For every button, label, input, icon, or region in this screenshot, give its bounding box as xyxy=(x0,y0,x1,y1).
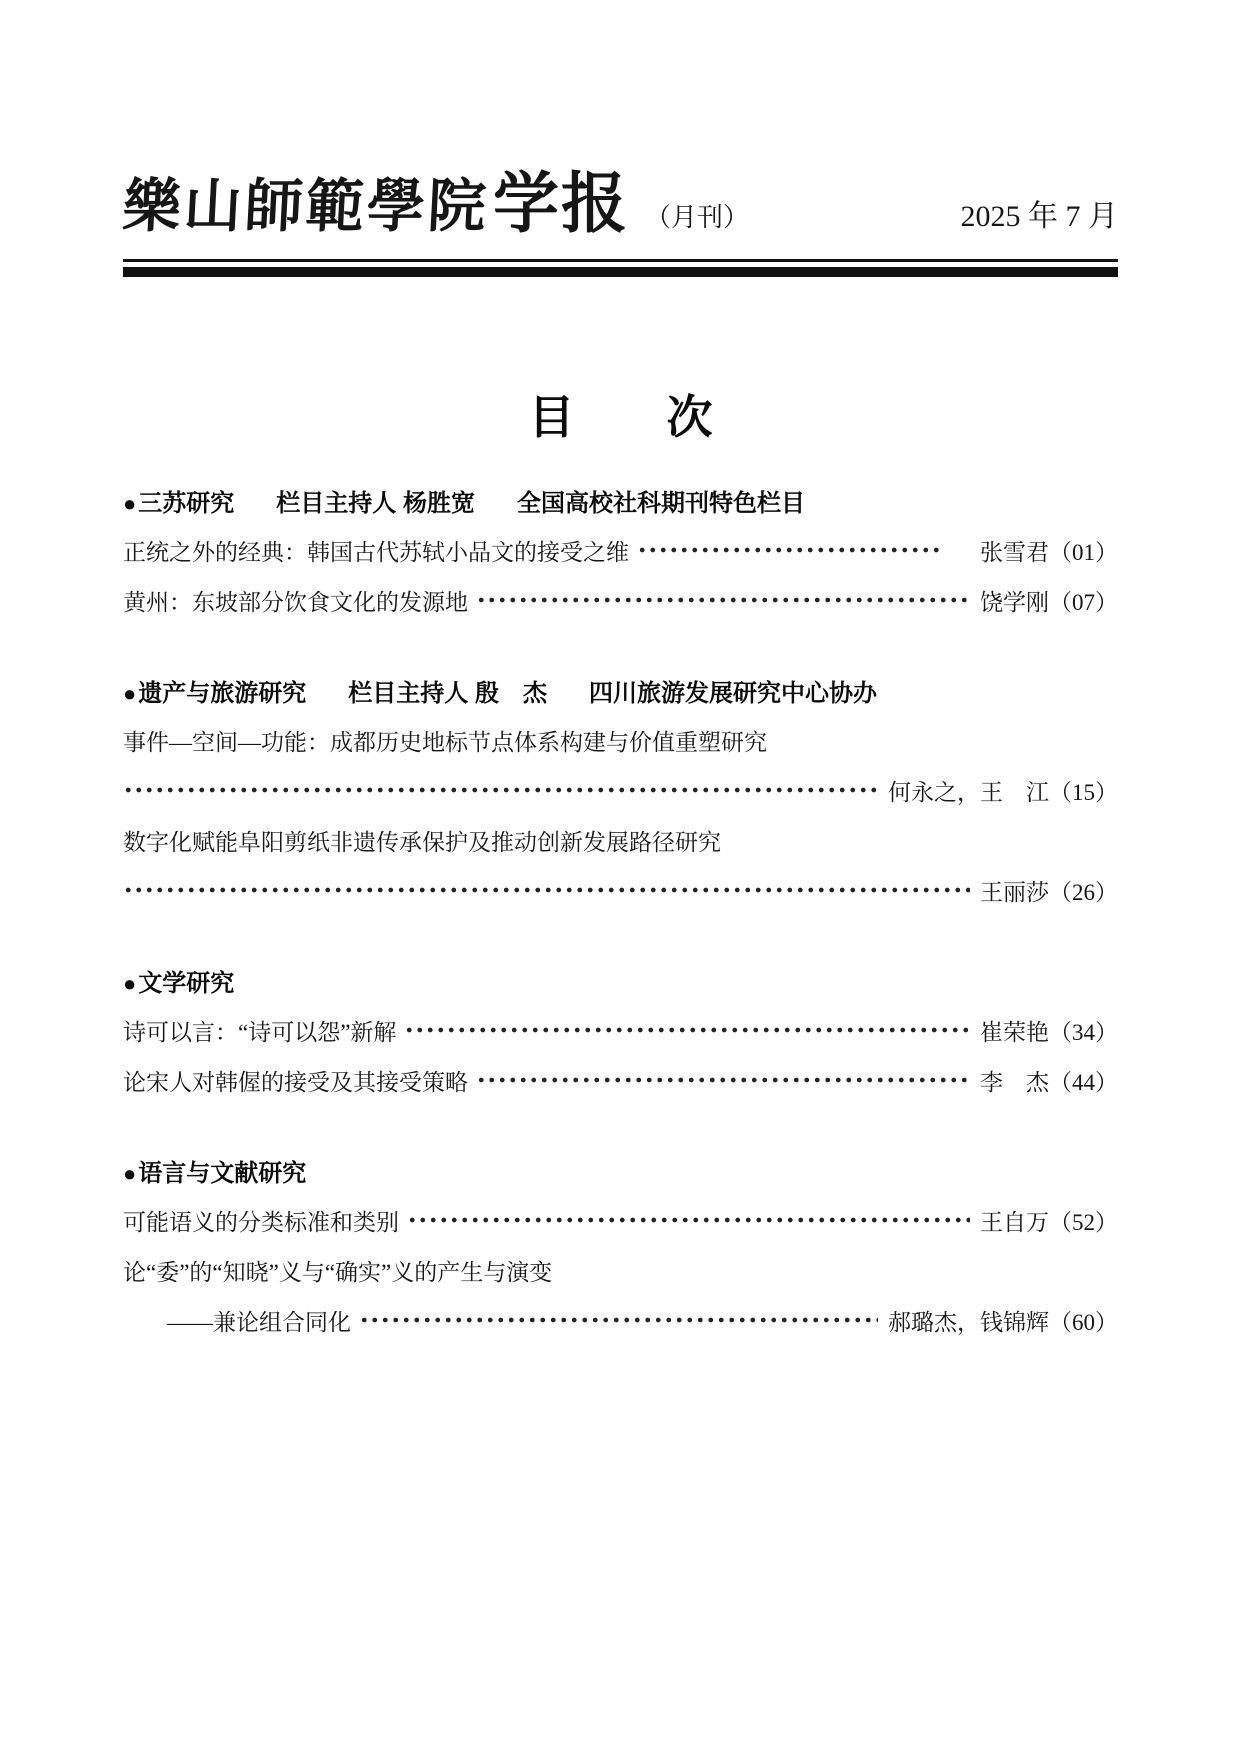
entry-page: （52） xyxy=(1049,1204,1118,1237)
entry-authors: 李 杰 xyxy=(980,1064,1049,1097)
divider-thick-rule xyxy=(123,267,1118,277)
section-name: ●遗产与旅游研究 xyxy=(123,673,306,708)
dot-leader xyxy=(637,547,944,553)
dot-leader xyxy=(123,887,970,893)
section-host: 栏目主持人 杨胜宽 xyxy=(276,483,475,518)
section-heading: ●遗产与旅游研究 栏目主持人 殷 杰 四川旅游发展研究中心协办 xyxy=(123,665,1118,715)
entry-authors: 郝璐杰，钱锦辉 xyxy=(888,1304,1049,1337)
dot-leader xyxy=(407,1217,970,1223)
section-bullet-icon: ● xyxy=(123,1161,136,1186)
journal-toc-page: 樂山師範學院 学报 （月刊） 2025 年 7 月 目 次 ●三苏研究 栏目主持… xyxy=(0,0,1240,1755)
toc-title: 目 次 xyxy=(123,381,1118,447)
entry-authors: 崔荣艳 xyxy=(980,1014,1049,1047)
entry-page: （60） xyxy=(1049,1304,1118,1337)
entry-subtitle: ——兼论组合同化 xyxy=(167,1304,351,1337)
entry-title: 正统之外的经典：韩国古代苏轼小品文的接受之维 xyxy=(123,534,629,567)
journal-name-calligraphy: 樂山師範學院 xyxy=(121,159,491,243)
section-heading: ●文学研究 xyxy=(123,955,1118,1005)
dot-leader xyxy=(359,1317,878,1323)
section-name: ●三苏研究 xyxy=(123,483,234,518)
section-note: 全国高校社科期刊特色栏目 xyxy=(517,483,805,518)
section-heading: ●语言与文献研究 xyxy=(123,1145,1118,1195)
entry-title: 论“委”的“知晓”义与“确实”义的产生与演变 xyxy=(123,1254,552,1287)
masthead-divider xyxy=(123,259,1118,277)
toc-entry-continuation: ——兼论组合同化 郝璐杰，钱锦辉 （60） xyxy=(123,1295,1118,1345)
entry-authors: 饶学刚 xyxy=(980,584,1049,617)
section-bullet-icon: ● xyxy=(123,681,136,706)
section-sansu-research: ●三苏研究 栏目主持人 杨胜宽 全国高校社科期刊特色栏目 正统之外的经典：韩国古… xyxy=(123,475,1118,625)
section-literature-research: ●文学研究 诗可以言：“诗可以怨”新解 崔荣艳 （34） 论宋人对韩偓的接受及其… xyxy=(123,955,1118,1105)
entry-title: 数字化赋能阜阳剪纸非遗传承保护及推动创新发展路径研究 xyxy=(123,824,721,857)
entry-title: 事件—空间—功能：成都历史地标节点体系构建与价值重塑研究 xyxy=(123,724,767,757)
divider-thin-rule xyxy=(123,259,1118,262)
section-bullet-icon: ● xyxy=(123,491,136,516)
toc-entry: 事件—空间—功能：成都历史地标节点体系构建与价值重塑研究 xyxy=(123,715,1118,765)
section-language-philology: ●语言与文献研究 可能语义的分类标准和类别 王自万 （52） 论“委”的“知晓”… xyxy=(123,1145,1118,1345)
section-name: ●语言与文献研究 xyxy=(123,1153,306,1188)
entry-page: （07） xyxy=(1049,584,1118,617)
entry-page: （01） xyxy=(1049,534,1118,567)
toc-entry-continuation: 王丽莎 （26） xyxy=(123,865,1118,915)
entry-authors: 王自万 xyxy=(980,1204,1049,1237)
dot-leader xyxy=(123,787,878,793)
section-note: 四川旅游发展研究中心协办 xyxy=(589,673,877,708)
entry-page: （34） xyxy=(1049,1014,1118,1047)
entry-title: 黄州：东坡部分饮食文化的发源地 xyxy=(123,584,468,617)
entry-authors: 王丽莎 xyxy=(980,874,1049,907)
toc-entry: 论宋人对韩偓的接受及其接受策略 李 杰 （44） xyxy=(123,1055,1118,1105)
entry-page: （26） xyxy=(1049,874,1118,907)
entry-title: 可能语义的分类标准和类别 xyxy=(123,1204,399,1237)
masthead: 樂山師範學院 学报 （月刊） 2025 年 7 月 xyxy=(123,0,1118,245)
toc-entry: 论“委”的“知晓”义与“确实”义的产生与演变 xyxy=(123,1245,1118,1295)
toc-entry: 数字化赋能阜阳剪纸非遗传承保护及推动创新发展路径研究 xyxy=(123,815,1118,865)
dot-leader xyxy=(476,597,970,603)
journal-name-suffix: 学报 xyxy=(493,150,629,245)
toc-entry: 可能语义的分类标准和类别 王自万 （52） xyxy=(123,1195,1118,1245)
section-bullet-icon: ● xyxy=(123,971,136,996)
toc-entry-continuation: 何永之，王 江 （15） xyxy=(123,765,1118,815)
entry-title: 诗可以言：“诗可以怨”新解 xyxy=(123,1014,396,1047)
section-name: ●文学研究 xyxy=(123,963,234,998)
section-heritage-tourism: ●遗产与旅游研究 栏目主持人 殷 杰 四川旅游发展研究中心协办 事件—空间—功能… xyxy=(123,665,1118,915)
toc-entry: 正统之外的经典：韩国古代苏轼小品文的接受之维 张雪君 （01） xyxy=(123,525,1118,575)
entry-authors: 张雪君 xyxy=(980,534,1049,567)
section-heading: ●三苏研究 栏目主持人 杨胜宽 全国高校社科期刊特色栏目 xyxy=(123,475,1118,525)
entry-title: 论宋人对韩偓的接受及其接受策略 xyxy=(123,1064,468,1097)
frequency-label: （月刊） xyxy=(645,197,749,234)
dot-leader xyxy=(476,1077,970,1083)
entry-page: （15） xyxy=(1049,774,1118,807)
issue-date: 2025 年 7 月 xyxy=(961,191,1119,235)
toc-entry: 诗可以言：“诗可以怨”新解 崔荣艳 （34） xyxy=(123,1005,1118,1055)
section-host: 栏目主持人 殷 杰 xyxy=(348,673,547,708)
entry-authors: 何永之，王 江 xyxy=(888,774,1049,807)
toc-entry: 黄州：东坡部分饮食文化的发源地 饶学刚 （07） xyxy=(123,575,1118,625)
dot-leader xyxy=(404,1027,970,1033)
entry-page: （44） xyxy=(1049,1064,1118,1097)
